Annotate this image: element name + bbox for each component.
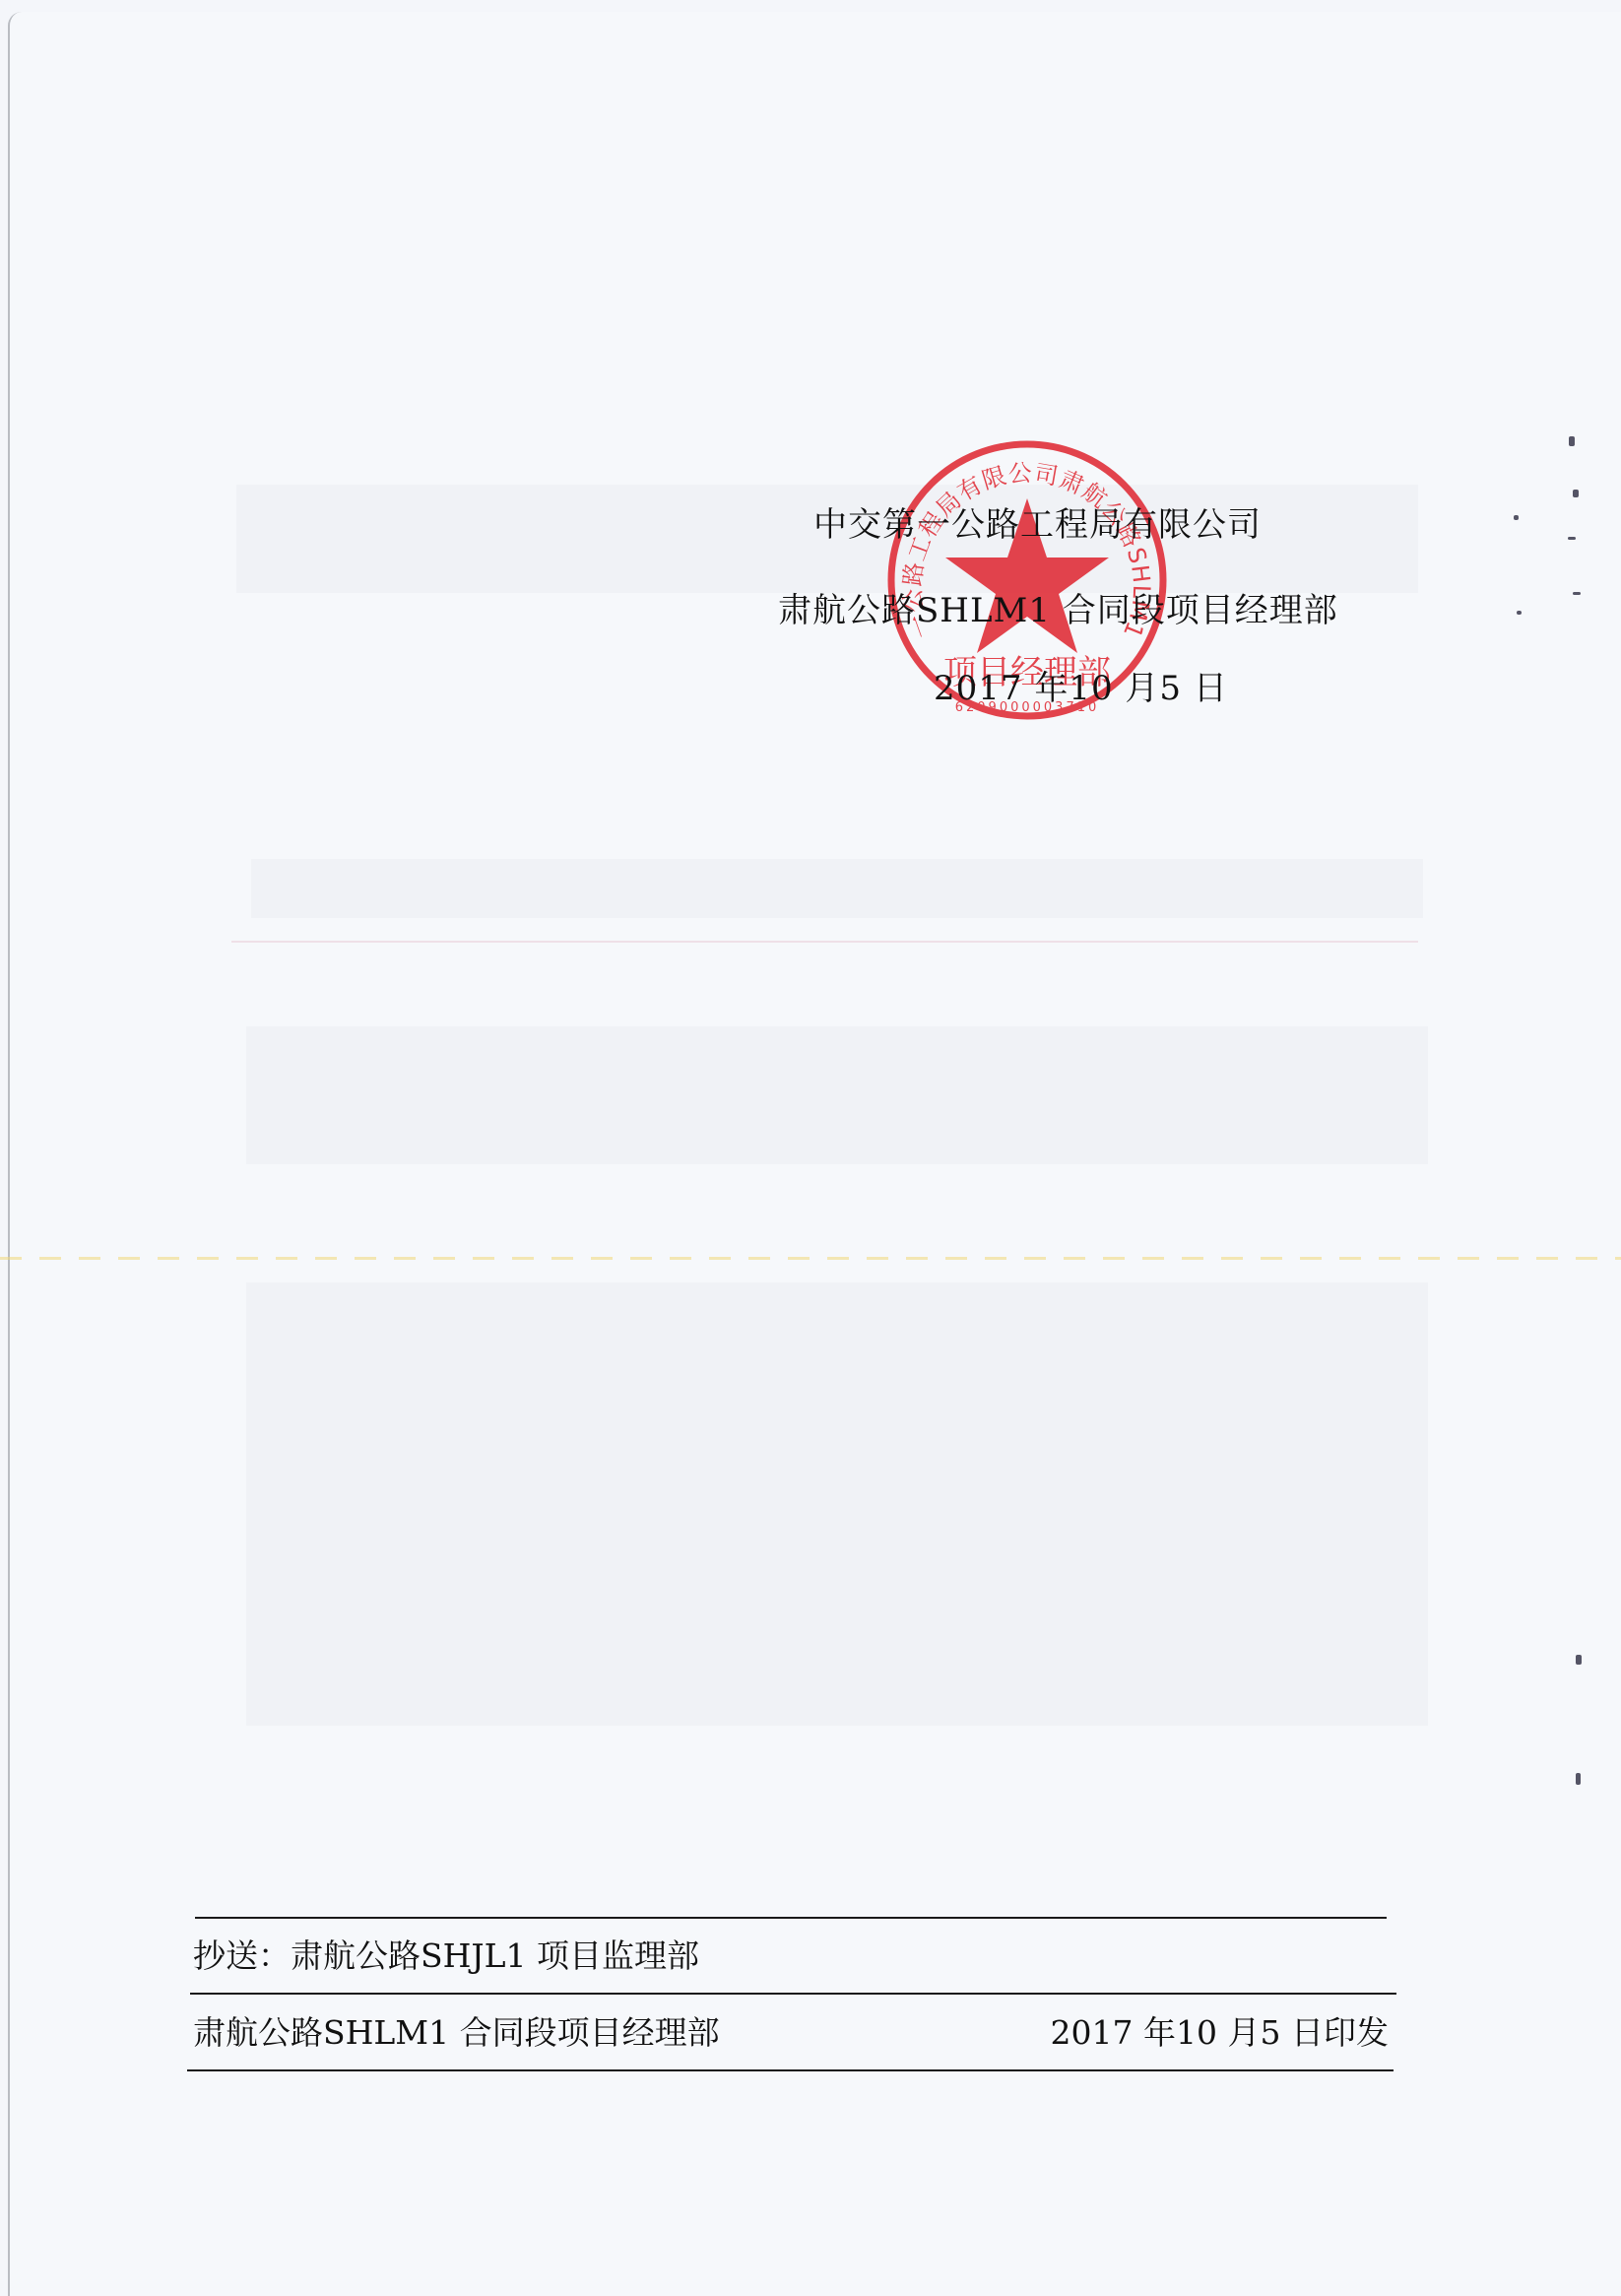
footer-rule-bottom <box>187 2069 1394 2071</box>
signature-date: 2017 年10 月5 日 <box>934 661 1228 709</box>
bleed-through-text <box>251 859 1423 918</box>
signature-company: 中交第一公路工程局有限公司 <box>813 497 1262 546</box>
scan-speck <box>1514 515 1519 520</box>
footer-rule-top <box>195 1917 1387 1919</box>
scan-speck <box>1576 1773 1581 1785</box>
cc-line: 抄送：肃航公路SHJL1 项目监理部 <box>193 1931 699 1977</box>
issuer: 肃航公路SHLM1 合同段项目经理部 <box>193 2007 720 2054</box>
scan-speck <box>1576 1655 1582 1665</box>
bleed-through-text <box>246 1026 1428 1164</box>
issue-date: 2017 年10 月5 日印发 <box>1051 2007 1389 2054</box>
cc-label: 抄送： <box>193 1936 291 1975</box>
scan-speck <box>1573 490 1579 497</box>
footer-rule-middle <box>190 1993 1396 1995</box>
scan-speck <box>1568 537 1576 540</box>
cc-recipient: 肃航公路SHJL1 项目监理部 <box>291 1936 699 1975</box>
scan-artifact-line <box>0 1257 1621 1260</box>
bleed-through-text <box>246 1282 1428 1726</box>
scan-speck <box>1573 592 1581 595</box>
signature-department: 肃航公路SHLM1 合同段项目经理部 <box>778 583 1338 631</box>
scan-speck <box>1517 611 1522 615</box>
bleed-through-rule <box>231 941 1418 943</box>
scan-speck <box>1569 436 1575 446</box>
